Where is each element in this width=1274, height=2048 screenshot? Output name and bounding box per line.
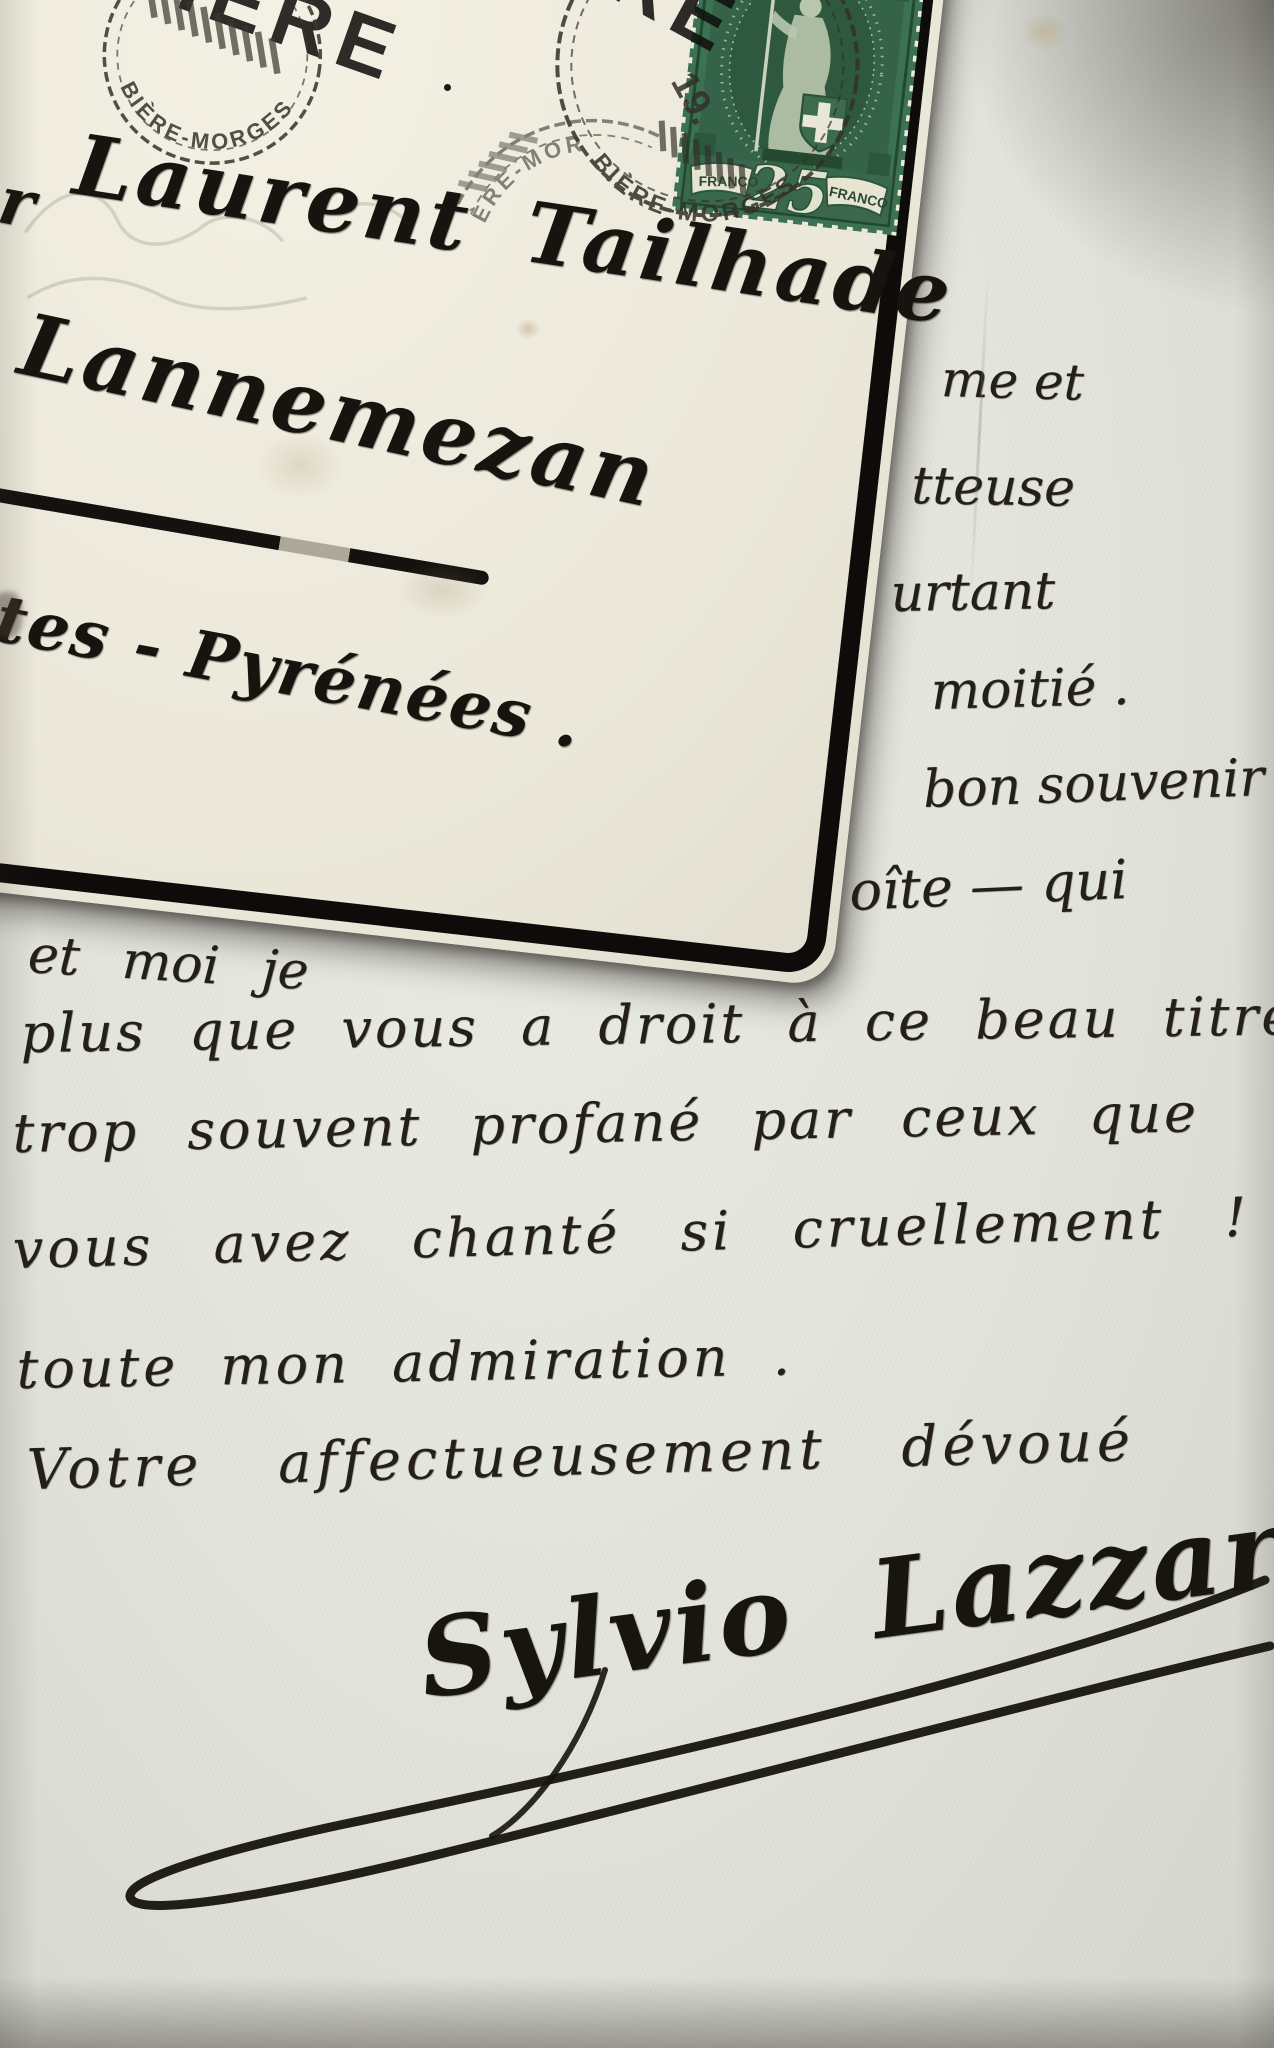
letter-line: vous avez chanté si cruellement ! — (12, 1183, 1274, 1281)
postmark-left-text: BIÈRE-MORGES (109, 75, 300, 164)
letter-line: urtant (890, 561, 1056, 624)
envelope: BIÈRE r Laurent Tailhade Lannemezan tes … (0, 0, 964, 987)
paper-stain (1020, 12, 1068, 52)
address-underline (0, 487, 490, 586)
letter-line: plus que vous a droit à ce beau titre (20, 984, 1274, 1065)
letter-line: trop souvent profané par ceux que (12, 1081, 1199, 1165)
letter-line: Votre affectueusement dévoué (26, 1409, 1136, 1503)
postmark-left: BIÈRE-MORGES (79, 0, 345, 188)
letter-line: et moi je (26, 925, 310, 1002)
address-line-3: tes - Pyrénées . (0, 579, 589, 764)
letter-line: oîte — qui (848, 848, 1129, 923)
paper-crease (969, 268, 989, 598)
letter-photo: me et tteuse urtant moitié . bon souveni… (0, 0, 1274, 2048)
letter-line: me et (940, 350, 1084, 412)
letter-line: toute mon admiration . (16, 1324, 794, 1401)
svg-text:BIÈRE-MORGES: BIÈRE-MORGES (109, 75, 300, 164)
letter-line: tteuse (911, 456, 1076, 519)
postmark-right-date: 19. (662, 65, 724, 131)
letter-line: moitié . (930, 657, 1130, 722)
postmark-right: BIÈRE-MORGES 19. (525, 0, 890, 248)
signature-flourish (60, 1520, 1274, 1940)
letter-line: bon souvenir (922, 748, 1265, 820)
